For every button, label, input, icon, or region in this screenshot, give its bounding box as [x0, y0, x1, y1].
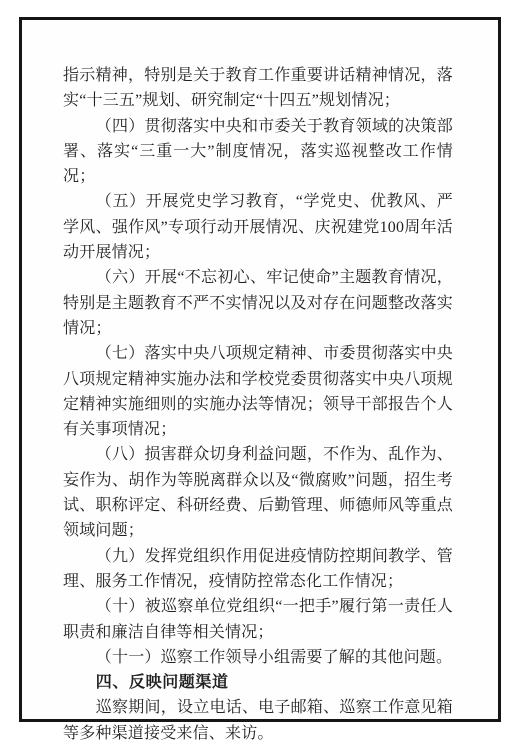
list-item-five: （五）开展党史学习教育，“学党史、优教风、严学风、强作风”专项行动开展情况、庆祝…: [63, 189, 453, 265]
list-item-ten: （十）被巡察单位党组织“一把手”履行第一责任人职责和廉洁自律等相关情况；: [63, 594, 453, 645]
list-item-four: （四）贯彻落实中央和市委关于教育领域的决策部署、落实“三重一大”制度情况，落实巡…: [63, 114, 453, 190]
document-text-block: 指示精神，特别是关于教育工作重要讲话精神情况，落实“十三五”规划、研究制定“十四…: [63, 63, 453, 741]
page-border-frame: 指示精神，特别是关于教育工作重要讲话精神情况，落实“十三五”规划、研究制定“十四…: [19, 17, 501, 722]
list-item-nine: （九）发挥党组织作用促进疫情防控期间教学、管理、服务工作情况，疫情防控常态化工作…: [63, 544, 453, 595]
paragraph-feedback-channels: 巡察期间，设立电话、电子邮箱、巡察工作意见箱等多种渠道接受来信、来访。: [63, 695, 453, 741]
list-item-six: （六）开展“不忘初心、牢记使命”主题教育情况，特别是主题教育不严不实情况以及对存…: [63, 265, 453, 341]
scanned-document-page: 指示精神，特别是关于教育工作重要讲话精神情况，落实“十三五”规划、研究制定“十四…: [0, 0, 524, 741]
list-item-eight: （八）损害群众切身利益问题，不作为、乱作为、妄作为、胡作为等脱离群众以及“微腐败…: [63, 442, 453, 543]
list-item-eleven: （十一）巡察工作领导小组需要了解的其他问题。: [63, 645, 453, 670]
list-item-seven: （七）落实中央八项规定精神、市委贯彻落实中央八项规定精神实施办法和学校党委贯彻落…: [63, 341, 453, 442]
paragraph-continuation: 指示精神，特别是关于教育工作重要讲话精神情况，落实“十三五”规划、研究制定“十四…: [63, 63, 453, 114]
section-heading: 四、反映问题渠道: [63, 670, 453, 695]
